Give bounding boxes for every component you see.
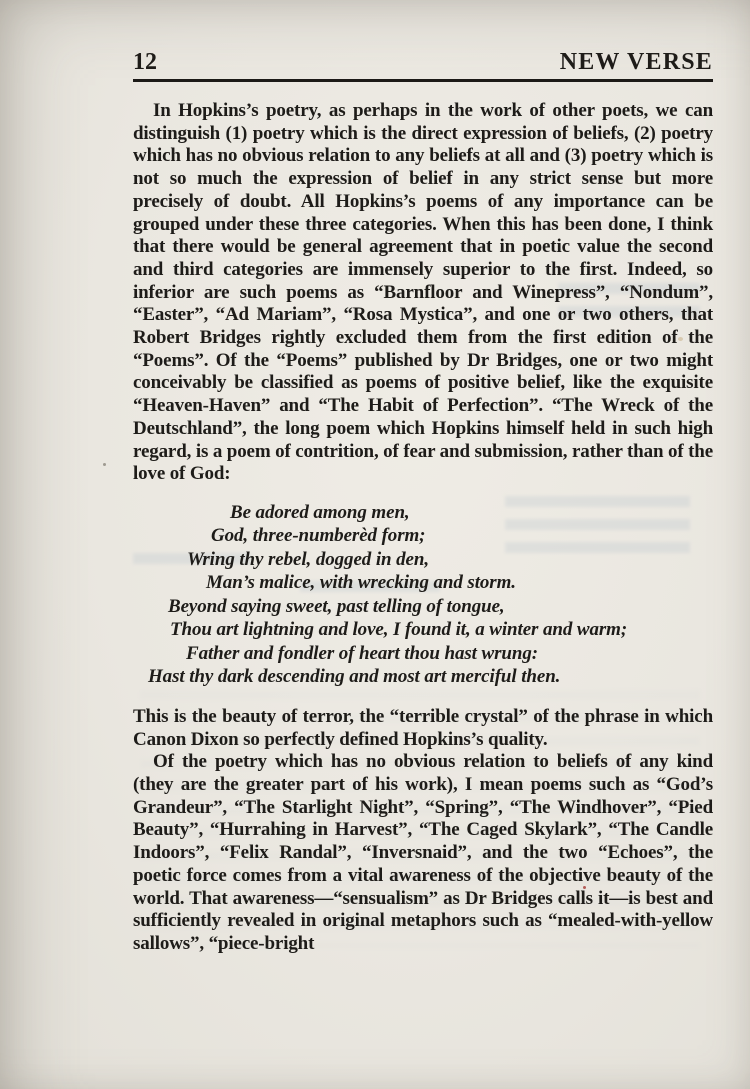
poem-line: Hast thy dark descending and most art me… <box>133 665 713 689</box>
poem-line: Beyond saying sweet, past telling of ton… <box>133 595 713 619</box>
paragraph-intro: In Hopkins’s poetry, as perhaps in the w… <box>133 100 713 486</box>
header-rule <box>133 79 713 82</box>
poem-line: Be adored among men, <box>133 501 713 525</box>
poem-line: Thou art lightning and love, I found it,… <box>133 618 713 642</box>
running-head: 12 NEW VERSE <box>133 49 713 76</box>
poem-line: Wring thy rebel, dogged in den, <box>133 548 713 572</box>
paragraph-final: Of the poetry which has no obvious relat… <box>133 751 713 955</box>
poem-line: Man’s malice, with wrecking and storm. <box>133 571 713 595</box>
scanned-book-page: 12 NEW VERSE In Hopkins’s poetry, as per… <box>0 0 750 1089</box>
poem-line: Father and fondler of heart thou hast wr… <box>133 642 713 666</box>
page-content: 12 NEW VERSE In Hopkins’s poetry, as per… <box>133 49 713 956</box>
page-number: 12 <box>133 49 157 76</box>
poem-line: God, three-numberèd form; <box>133 524 713 548</box>
paper-speck <box>103 463 106 466</box>
article-text: In Hopkins’s poetry, as perhaps in the w… <box>133 100 713 956</box>
paragraph-after-poem: This is the beauty of terror, the “terri… <box>133 706 713 751</box>
journal-title: NEW VERSE <box>560 49 713 76</box>
poem-quotation: Be adored among men, God, three-numberèd… <box>133 501 713 689</box>
